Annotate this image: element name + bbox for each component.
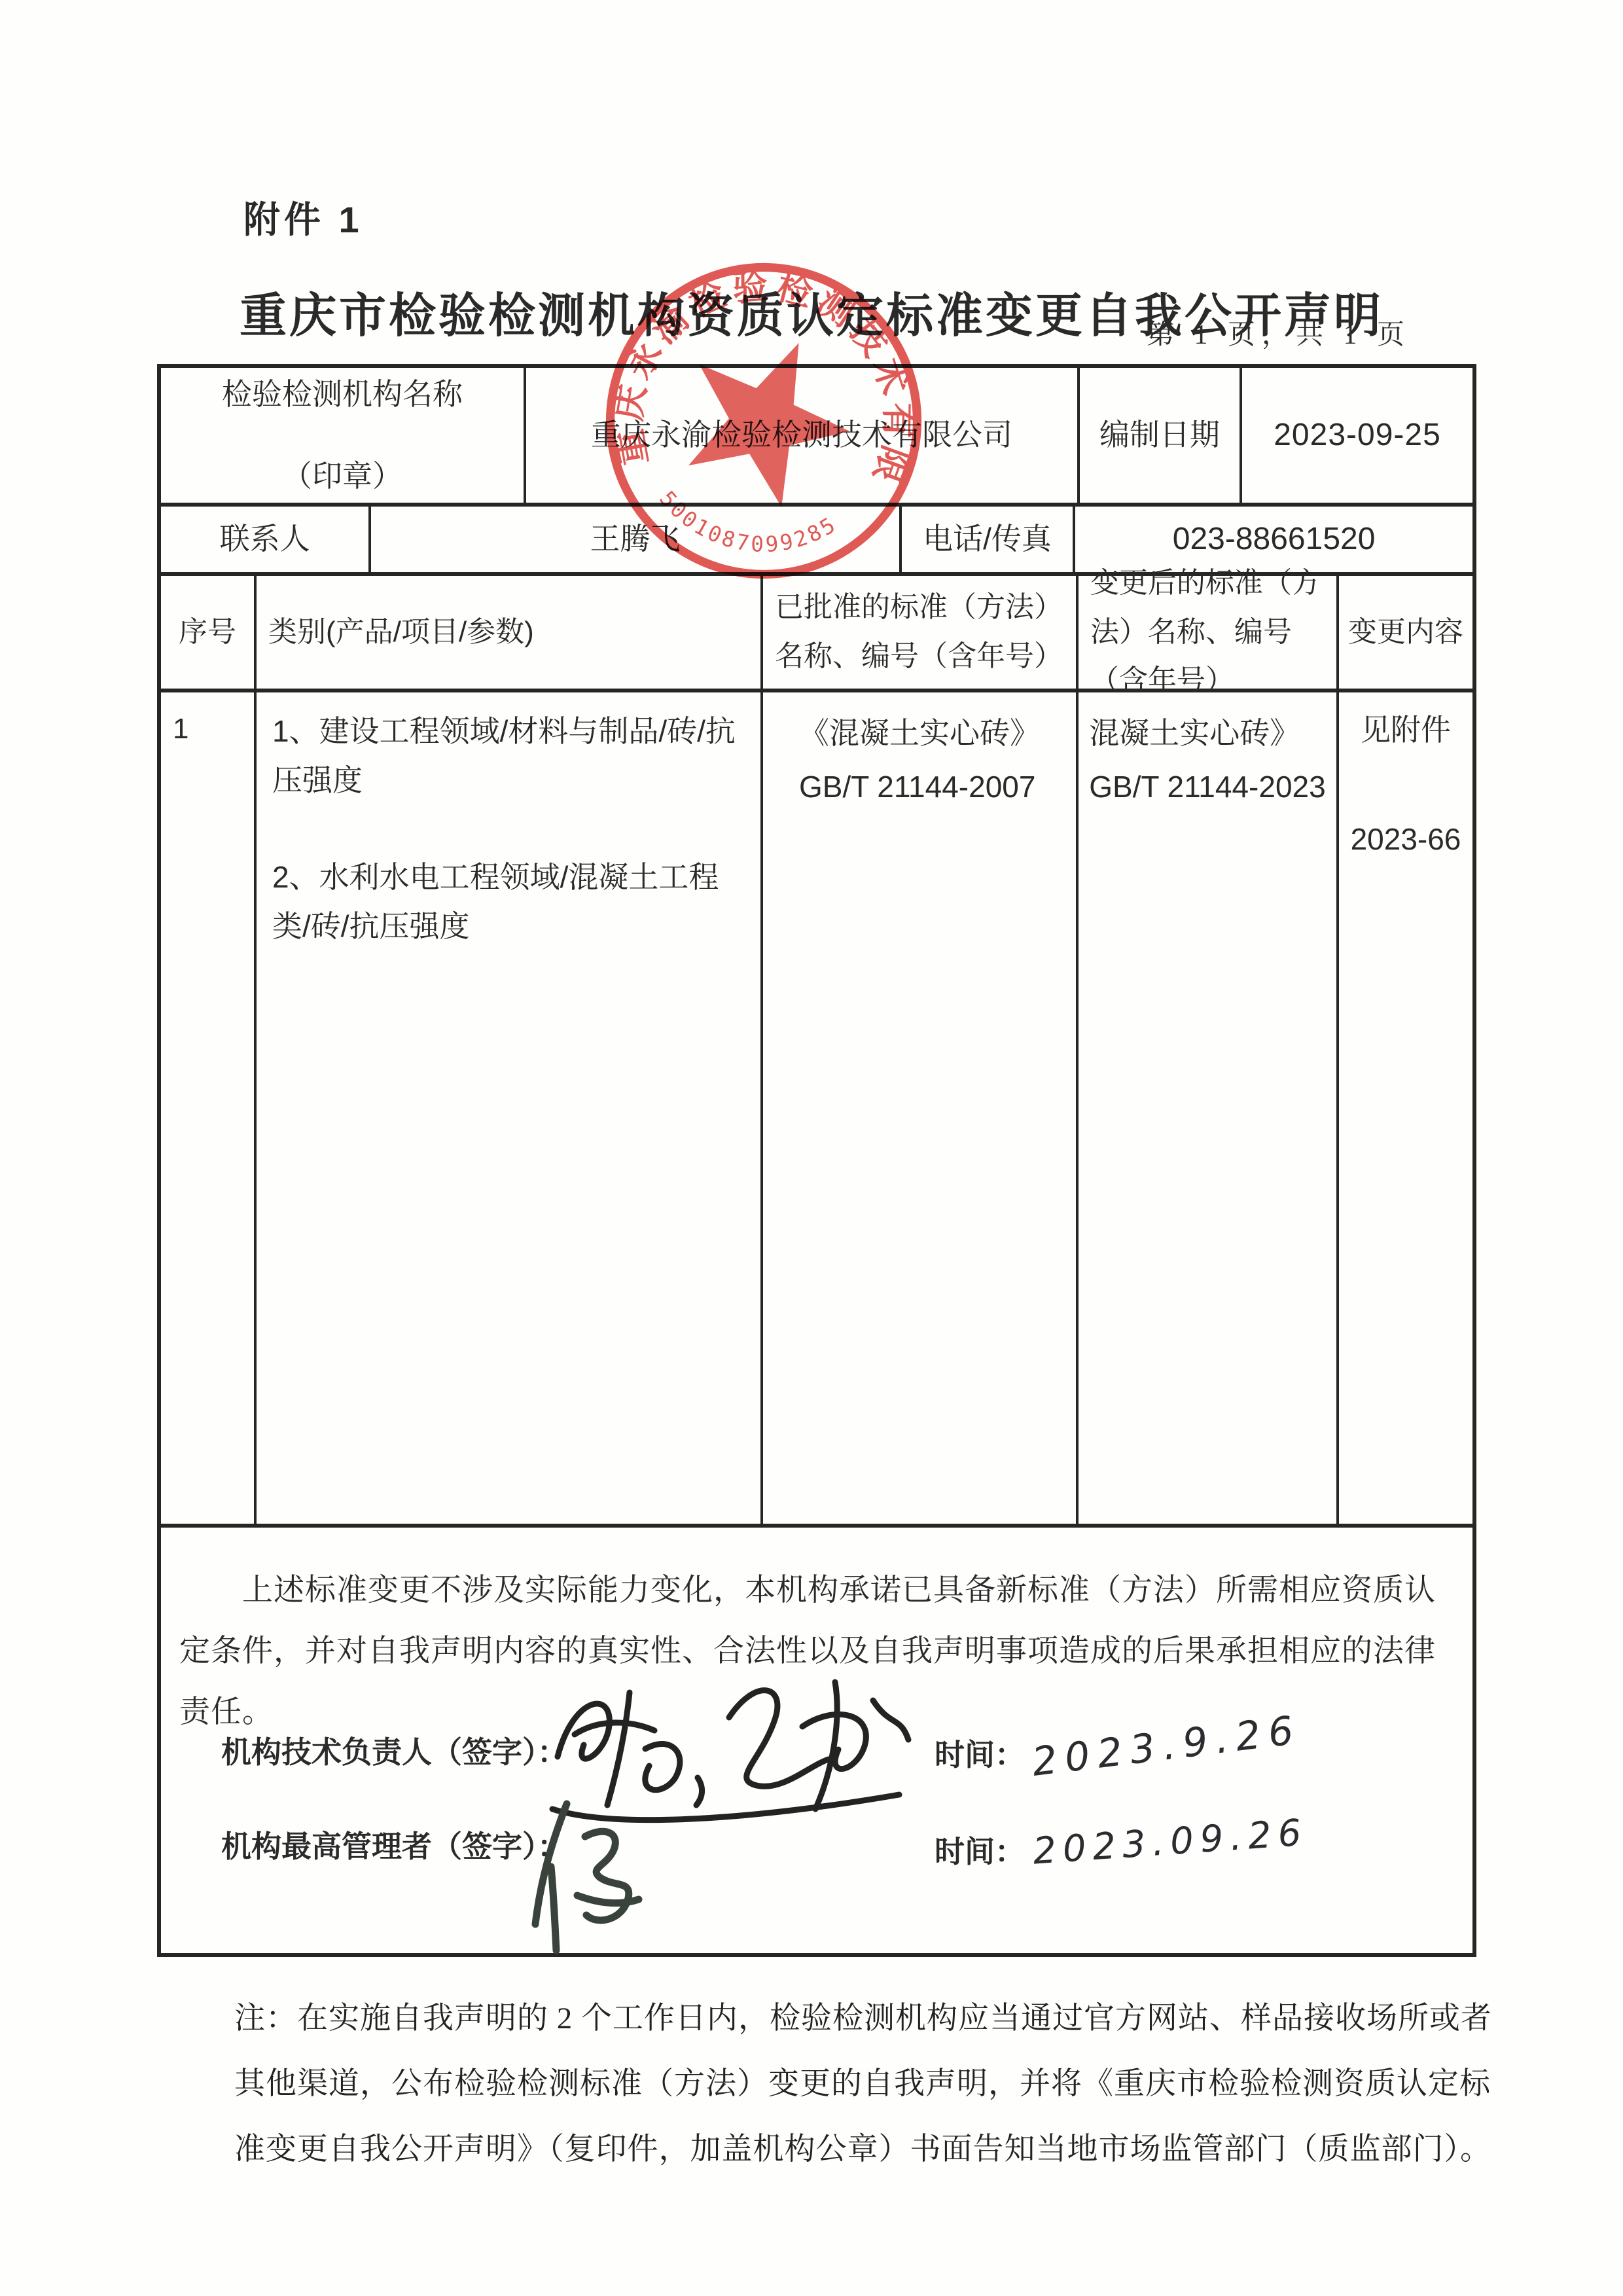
phone-fax-label: 电话/传真 [902, 507, 1075, 572]
compile-date-label: 编制日期 [1080, 368, 1242, 503]
footnote-line-3: 准变更自我公开声明》（复印件，加盖机构公章）书面告知当地市场监管部门（质监部门）… [234, 2117, 1492, 2182]
footnote-line-1: 注：在实施自我声明的 2 个工作日内，检验检测机构应当通过官方网站、样品接收场所… [234, 1986, 1492, 2051]
header-change-content: 变更内容 [1339, 576, 1472, 689]
table-header-row: 序号 类别(产品/项目/参数) 已批准的标准（方法）名称、编号（含年号） 变更后… [161, 572, 1472, 689]
table-row-org-name: 检验检测机构名称 （印章） 重庆永渝检验检测技术有限公司 编制日期 2023-0… [161, 368, 1472, 503]
approved-standard-code: GB/T 21144-2007 [799, 761, 1040, 814]
header-category: 类别(产品/项目/参数) [257, 576, 763, 689]
contact-value: 王腾飞 [371, 507, 901, 572]
data-seq: 1 [161, 692, 257, 1524]
changed-standard-name: 混凝土实心砖》 [1089, 707, 1325, 761]
change-content-ref: 见附件 [1351, 707, 1461, 753]
footnote-line-2: 其他渠道，公布检验检测标准（方法）变更的自我声明，并将《重庆市检验检测资质认定标 [234, 2051, 1492, 2117]
table-data-row: 1 1、建设工程领域/材料与制品/砖/抗压强度 2、水利水电工程领域/混凝土工程… [161, 689, 1472, 1524]
org-name-label-cell: 检验检测机构名称 （印章） [161, 368, 526, 503]
org-name-label-line2: （印章） [282, 453, 402, 499]
manager-time-label: 时间： [935, 1829, 1025, 1875]
attachment-label: 附件 1 [243, 191, 363, 243]
page-indicator: 第 1 页，共 1 页 [1147, 313, 1411, 352]
declaration-table: 检验检测机构名称 （印章） 重庆永渝检验检测技术有限公司 编制日期 2023-0… [157, 364, 1476, 1957]
approved-standard-name: 《混凝土实心砖》 [799, 707, 1040, 761]
statement-cell: 上述标准变更不涉及实际能力变化，本机构承诺已具备新标准（方法）所需相应资质认定条… [161, 1528, 1472, 1953]
category-item-1: 1、建设工程领域/材料与制品/砖/抗压强度 [272, 707, 745, 804]
data-change-content-cell: 见附件 2023-66 [1339, 692, 1472, 1524]
header-changed-standard: 变更后的标准（方法）名称、编号（含年号） [1079, 576, 1339, 689]
org-name-value: 重庆永渝检验检测技术有限公司 [526, 368, 1080, 503]
data-approved-standard-cell: 《混凝土实心砖》 GB/T 21144-2007 [763, 692, 1079, 1524]
change-content-number: 2023-66 [1351, 816, 1461, 863]
table-statement-row: 上述标准变更不涉及实际能力变化，本机构承诺已具备新标准（方法）所需相应资质认定条… [161, 1524, 1472, 1953]
org-name-label-line1: 检验检测机构名称 [222, 371, 463, 418]
tech-time-label: 时间： [935, 1732, 1025, 1778]
scanned-document-page: 附件 1 重庆市检验检测机构资质认定标准变更自我公开声明 第 1 页，共 1 页… [0, 0, 1623, 2296]
data-category-cell: 1、建设工程领域/材料与制品/砖/抗压强度 2、水利水电工程领域/混凝土工程类/… [257, 692, 763, 1524]
footnote: 注：在实施自我声明的 2 个工作日内，检验检测机构应当通过官方网站、样品接收场所… [234, 1986, 1492, 2182]
category-item-2: 2、水利水电工程领域/混凝土工程类/砖/抗压强度 [272, 853, 745, 950]
header-approved-standard: 已批准的标准（方法）名称、编号（含年号） [763, 576, 1079, 689]
header-seq: 序号 [161, 576, 257, 689]
changed-standard-code: GB/T 21144-2023 [1089, 761, 1325, 814]
contact-label: 联系人 [161, 507, 371, 572]
compile-date-value: 2023-09-25 [1242, 368, 1472, 503]
data-changed-standard-cell: 混凝土实心砖》 GB/T 21144-2023 [1079, 692, 1339, 1524]
tech-lead-sign-label: 机构技术负责人（签字）： [221, 1729, 567, 1776]
manager-sign-date-handwritten: 2023.09.26 [1031, 1804, 1310, 1880]
manager-signature [501, 1796, 658, 1956]
